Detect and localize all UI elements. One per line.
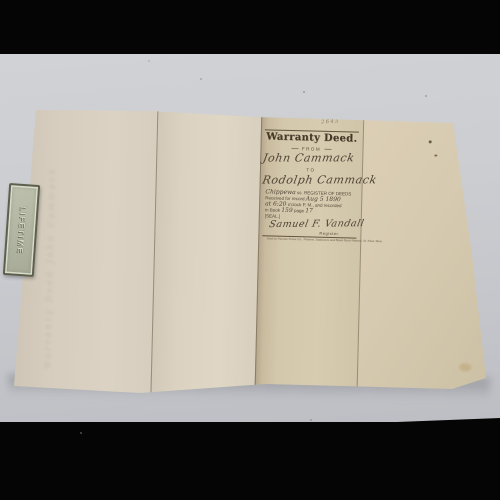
paper-stain bbox=[459, 363, 471, 371]
deed-title: Warranty Deed. bbox=[262, 131, 362, 144]
deed-form: Warranty Deed. FROM John Cammack TO Rodo… bbox=[259, 114, 362, 246]
flourish-dash bbox=[292, 148, 299, 149]
letterbox-top bbox=[0, 0, 500, 54]
grantee-name: Rodolph Cammack bbox=[261, 173, 360, 186]
register-signature: Samuel F. Vandall bbox=[268, 218, 365, 230]
paper-stain bbox=[434, 154, 437, 156]
register-title-label: Register. bbox=[319, 231, 339, 236]
letterbox-bottom bbox=[0, 418, 500, 500]
grantor-name: John Cammack bbox=[262, 151, 361, 164]
recording-block: Chippewa ss. REGISTER OF DEEDS Received … bbox=[265, 189, 358, 221]
to-label: TO bbox=[306, 167, 315, 172]
lifetime-metal-clip: LIFETIME bbox=[3, 183, 40, 277]
lifetime-clip-label: LIFETIME bbox=[5, 185, 38, 275]
flourish-dash bbox=[324, 149, 331, 150]
photo-of-warranty-deed: Warranty Deed John Cammack 2645 Warranty… bbox=[0, 0, 500, 500]
paper-stain bbox=[429, 140, 432, 143]
back-panel-inner bbox=[150, 94, 262, 406]
